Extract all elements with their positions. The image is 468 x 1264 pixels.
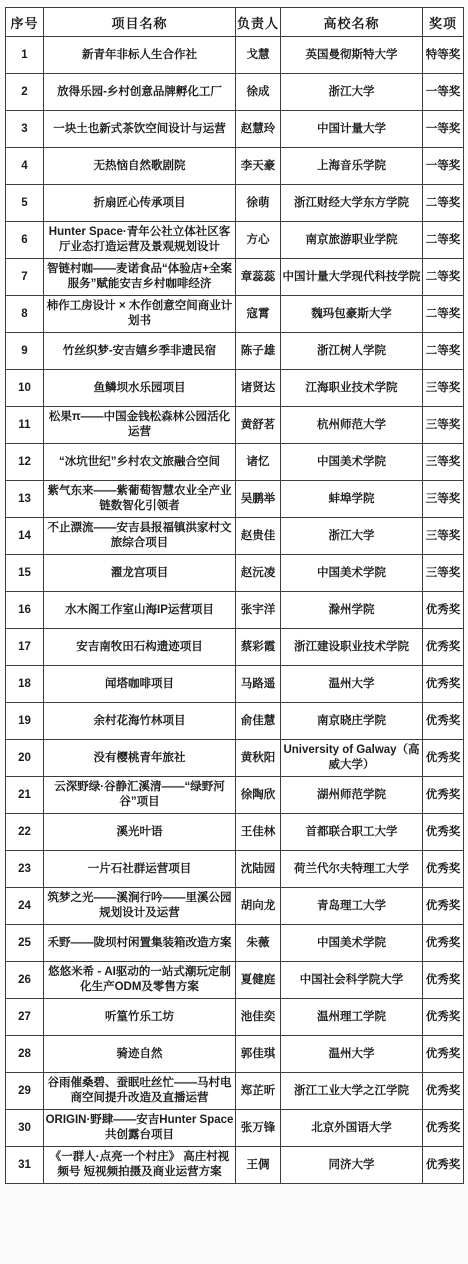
- cell-project: 柿作工房设计 × 木作创意空间商业计划书: [44, 296, 236, 333]
- cell-project: 水木阁工作室山海IP运营项目: [44, 592, 236, 629]
- cell-leader: 俞佳慧: [236, 703, 281, 740]
- table-row: 26悠悠米希 - AI驱动的一站式潮玩定制化生产ODM及零售方案夏健庭中国社会科…: [6, 962, 464, 999]
- cell-leader: 章蕊蕊: [236, 259, 281, 296]
- cell-award: 一等奖: [423, 111, 464, 148]
- table-row: 1新青年非标人生合作社戈慧英国曼彻斯特大学特等奖: [6, 37, 464, 74]
- cell-university: 中国美术学院: [281, 555, 423, 592]
- cell-leader: 黄秋阳: [236, 740, 281, 777]
- cell-no: 30: [6, 1110, 44, 1147]
- cell-project: 放得乐园-乡村创意品牌孵化工厂: [44, 74, 236, 111]
- table-row: 14不止漂流——安吉县报福镇洪家村文旅综合项目赵贵佳浙江大学三等奖: [6, 518, 464, 555]
- cell-project: 竹丝织梦-安吉嬉乡季非遗民宿: [44, 333, 236, 370]
- cell-project: ORIGIN·野肆——安吉Hunter Space共创露台项目: [44, 1110, 236, 1147]
- cell-leader: 王倜: [236, 1147, 281, 1184]
- cell-no: 8: [6, 296, 44, 333]
- cell-leader: 朱薇: [236, 925, 281, 962]
- cell-leader: 张万锋: [236, 1110, 281, 1147]
- cell-no: 1: [6, 37, 44, 74]
- cell-award: 三等奖: [423, 555, 464, 592]
- table-row: 28骑迹自然郭佳琪温州大学优秀奖: [6, 1036, 464, 1073]
- cell-leader: 郭佳琪: [236, 1036, 281, 1073]
- table-row: 6Hunter Space·青年公社立体社区客厅业态打造运营及景观规划设计方心南…: [6, 222, 464, 259]
- header-row: 序号 项目名称 负责人 高校名称 奖项: [6, 8, 464, 37]
- cell-award: 优秀奖: [423, 1110, 464, 1147]
- table-row: 20没有樱桃青年旅社黄秋阳University of Galway（高威大学）优…: [6, 740, 464, 777]
- cell-university: 英国曼彻斯特大学: [281, 37, 423, 74]
- cell-leader: 徐萌: [236, 185, 281, 222]
- cell-award: 优秀奖: [423, 851, 464, 888]
- table-row: 30ORIGIN·野肆——安吉Hunter Space共创露台项目张万锋北京外国…: [6, 1110, 464, 1147]
- cell-award: 优秀奖: [423, 1073, 464, 1110]
- cell-project: 新青年非标人生合作社: [44, 37, 236, 74]
- cell-no: 7: [6, 259, 44, 296]
- cell-university: 中国美术学院: [281, 925, 423, 962]
- cell-leader: 李天豪: [236, 148, 281, 185]
- cell-no: 12: [6, 444, 44, 481]
- cell-project: 不止漂流——安吉县报福镇洪家村文旅综合项目: [44, 518, 236, 555]
- cell-project: 智链村咖——麦诺食品“体验店+全案服务”赋能安吉乡村咖啡经济: [44, 259, 236, 296]
- cell-project: 紫气东来——紫葡萄智慧农业全产业链数智化引领者: [44, 481, 236, 518]
- cell-no: 2: [6, 74, 44, 111]
- table-row: 19余村花海竹林项目俞佳慧南京晓庄学院优秀奖: [6, 703, 464, 740]
- cell-project: 无热恼自然歌剧院: [44, 148, 236, 185]
- cell-university: 中国计量大学现代科技学院: [281, 259, 423, 296]
- cell-project: 濯龙宫项目: [44, 555, 236, 592]
- header-cell-leader: 负责人: [236, 8, 281, 37]
- cell-university: 温州大学: [281, 666, 423, 703]
- cell-leader: 吴鹏举: [236, 481, 281, 518]
- cell-no: 21: [6, 777, 44, 814]
- cell-award: 一等奖: [423, 74, 464, 111]
- table-row: 16水木阁工作室山海IP运营项目张宇洋滁州学院优秀奖: [6, 592, 464, 629]
- cell-university: 中国计量大学: [281, 111, 423, 148]
- cell-leader: 戈慧: [236, 37, 281, 74]
- table-row: 13紫气东来——紫葡萄智慧农业全产业链数智化引领者吴鹏举蚌埠学院三等奖: [6, 481, 464, 518]
- cell-university: 南京晓庄学院: [281, 703, 423, 740]
- cell-award: 优秀奖: [423, 1147, 464, 1184]
- cell-no: 15: [6, 555, 44, 592]
- cell-award: 一等奖: [423, 148, 464, 185]
- cell-no: 3: [6, 111, 44, 148]
- cell-project: “冰坑世纪”乡村农文旅融合空间: [44, 444, 236, 481]
- cell-award: 优秀奖: [423, 888, 464, 925]
- table-row: 12“冰坑世纪”乡村农文旅融合空间诸忆中国美术学院三等奖: [6, 444, 464, 481]
- cell-university: 南京旅游职业学院: [281, 222, 423, 259]
- cell-leader: 赵慧玲: [236, 111, 281, 148]
- cell-university: 蚌埠学院: [281, 481, 423, 518]
- cell-no: 23: [6, 851, 44, 888]
- cell-leader: 徐陶欣: [236, 777, 281, 814]
- table-row: 5折扇匠心传承项目徐萌浙江财经大学东方学院二等奖: [6, 185, 464, 222]
- cell-university: 浙江树人学院: [281, 333, 423, 370]
- cell-project: 安吉南牧田石构遗迹项目: [44, 629, 236, 666]
- cell-no: 26: [6, 962, 44, 999]
- cell-project: 谷雨催桑碧、蚕眠吐丝忙——马村电商空间提升改造及直播运营: [44, 1073, 236, 1110]
- table-row: 31《一群人·点亮一个村庄》 高庄村视频号 短视频拍摄及商业运营方案王倜同济大学…: [6, 1147, 464, 1184]
- table-row: 17安吉南牧田石构遗迹项目蔡彩霞浙江建设职业技术学院优秀奖: [6, 629, 464, 666]
- table-row: 3一块土也新式茶饮空间设计与运营赵慧玲中国计量大学一等奖: [6, 111, 464, 148]
- table-row: 25禾野——陇坝村闲置集装箱改造方案朱薇中国美术学院优秀奖: [6, 925, 464, 962]
- cell-award: 特等奖: [423, 37, 464, 74]
- cell-university: 浙江工业大学之江学院: [281, 1073, 423, 1110]
- cell-project: 一块土也新式茶饮空间设计与运营: [44, 111, 236, 148]
- cell-project: 筑梦之光——溪涧行吟——里溪公园规划设计及运营: [44, 888, 236, 925]
- cell-award: 优秀奖: [423, 925, 464, 962]
- cell-project: 一片石社群运营项目: [44, 851, 236, 888]
- header-cell-award: 奖项: [423, 8, 464, 37]
- cell-leader: 沈陆园: [236, 851, 281, 888]
- cell-project: 听篁竹乐工坊: [44, 999, 236, 1036]
- cell-leader: 黄舒茗: [236, 407, 281, 444]
- cell-leader: 蔡彩霞: [236, 629, 281, 666]
- cell-university: 浙江财经大学东方学院: [281, 185, 423, 222]
- cell-award: 优秀奖: [423, 1036, 464, 1073]
- table-body: 1新青年非标人生合作社戈慧英国曼彻斯特大学特等奖2放得乐园-乡村创意品牌孵化工厂…: [6, 37, 464, 1184]
- awards-table: 序号 项目名称 负责人 高校名称 奖项 1新青年非标人生合作社戈慧英国曼彻斯特大…: [5, 7, 464, 1184]
- cell-project: Hunter Space·青年公社立体社区客厅业态打造运营及景观规划设计: [44, 222, 236, 259]
- cell-project: 《一群人·点亮一个村庄》 高庄村视频号 短视频拍摄及商业运营方案: [44, 1147, 236, 1184]
- cell-leader: 寇霄: [236, 296, 281, 333]
- table-row: 22溪光叶语王佳林首都联合职工大学优秀奖: [6, 814, 464, 851]
- cell-no: 25: [6, 925, 44, 962]
- cell-no: 27: [6, 999, 44, 1036]
- cell-leader: 池佳奕: [236, 999, 281, 1036]
- cell-leader: 赵贵佳: [236, 518, 281, 555]
- cell-university: 中国美术学院: [281, 444, 423, 481]
- table-row: 24筑梦之光——溪涧行吟——里溪公园规划设计及运营胡向龙青岛理工大学优秀奖: [6, 888, 464, 925]
- cell-award: 三等奖: [423, 444, 464, 481]
- cell-award: 优秀奖: [423, 962, 464, 999]
- cell-no: 18: [6, 666, 44, 703]
- cell-no: 31: [6, 1147, 44, 1184]
- cell-award: 二等奖: [423, 222, 464, 259]
- cell-leader: 诸贤达: [236, 370, 281, 407]
- cell-university: 荷兰代尔夫特理工大学: [281, 851, 423, 888]
- cell-university: 北京外国语大学: [281, 1110, 423, 1147]
- cell-university: 滁州学院: [281, 592, 423, 629]
- table-row: 10鱼鳞坝水乐园项目诸贤达江海职业技术学院三等奖: [6, 370, 464, 407]
- cell-award: 三等奖: [423, 518, 464, 555]
- cell-university: 魏玛包豪斯大学: [281, 296, 423, 333]
- cell-project: 余村花海竹林项目: [44, 703, 236, 740]
- cell-university: 浙江大学: [281, 518, 423, 555]
- cell-leader: 方心: [236, 222, 281, 259]
- cell-project: 禾野——陇坝村闲置集装箱改造方案: [44, 925, 236, 962]
- cell-project: 没有樱桃青年旅社: [44, 740, 236, 777]
- cell-university: 青岛理工大学: [281, 888, 423, 925]
- cell-award: 三等奖: [423, 370, 464, 407]
- cell-award: 优秀奖: [423, 703, 464, 740]
- cell-leader: 陈子雄: [236, 333, 281, 370]
- cell-no: 16: [6, 592, 44, 629]
- header-cell-university: 高校名称: [281, 8, 423, 37]
- cell-leader: 王佳林: [236, 814, 281, 851]
- cell-leader: 诸忆: [236, 444, 281, 481]
- cell-no: 13: [6, 481, 44, 518]
- awards-page: 序号 项目名称 负责人 高校名称 奖项 1新青年非标人生合作社戈慧英国曼彻斯特大…: [0, 0, 468, 1264]
- cell-award: 三等奖: [423, 481, 464, 518]
- table-row: 7智链村咖——麦诺食品“体验店+全案服务”赋能安吉乡村咖啡经济章蕊蕊中国计量大学…: [6, 259, 464, 296]
- cell-leader: 郑芷昕: [236, 1073, 281, 1110]
- cell-no: 22: [6, 814, 44, 851]
- table-row: 23一片石社群运营项目沈陆园荷兰代尔夫特理工大学优秀奖: [6, 851, 464, 888]
- cell-project: 鱼鳞坝水乐园项目: [44, 370, 236, 407]
- table-row: 27听篁竹乐工坊池佳奕温州理工学院优秀奖: [6, 999, 464, 1036]
- cell-no: 29: [6, 1073, 44, 1110]
- cell-award: 二等奖: [423, 259, 464, 296]
- header-cell-no: 序号: [6, 8, 44, 37]
- cell-award: 二等奖: [423, 185, 464, 222]
- cell-award: 二等奖: [423, 296, 464, 333]
- cell-award: 优秀奖: [423, 999, 464, 1036]
- cell-award: 优秀奖: [423, 666, 464, 703]
- cell-no: 19: [6, 703, 44, 740]
- cell-project: 溪光叶语: [44, 814, 236, 851]
- cell-no: 20: [6, 740, 44, 777]
- cell-award: 优秀奖: [423, 814, 464, 851]
- cell-award: 优秀奖: [423, 740, 464, 777]
- cell-university: 温州大学: [281, 1036, 423, 1073]
- table-row: 18闻塔咖啡项目马路遥温州大学优秀奖: [6, 666, 464, 703]
- cell-university: 湖州师范学院: [281, 777, 423, 814]
- cell-leader: 胡向龙: [236, 888, 281, 925]
- cell-leader: 徐成: [236, 74, 281, 111]
- cell-award: 二等奖: [423, 333, 464, 370]
- cell-no: 6: [6, 222, 44, 259]
- table-row: 21云深野绿·谷静汇溪清——“绿野河谷”项目徐陶欣湖州师范学院优秀奖: [6, 777, 464, 814]
- cell-university: 浙江建设职业技术学院: [281, 629, 423, 666]
- cell-university: University of Galway（高威大学）: [281, 740, 423, 777]
- cell-no: 11: [6, 407, 44, 444]
- cell-no: 24: [6, 888, 44, 925]
- cell-no: 28: [6, 1036, 44, 1073]
- cell-project: 松果π——中国金钱松森林公园活化运营: [44, 407, 236, 444]
- cell-leader: 张宇洋: [236, 592, 281, 629]
- cell-award: 优秀奖: [423, 629, 464, 666]
- cell-university: 上海音乐学院: [281, 148, 423, 185]
- cell-university: 首都联合职工大学: [281, 814, 423, 851]
- cell-leader: 赵沅凌: [236, 555, 281, 592]
- cell-no: 10: [6, 370, 44, 407]
- table-row: 4无热恼自然歌剧院李天豪上海音乐学院一等奖: [6, 148, 464, 185]
- table-row: 29谷雨催桑碧、蚕眠吐丝忙——马村电商空间提升改造及直播运营郑芷昕浙江工业大学之…: [6, 1073, 464, 1110]
- cell-award: 优秀奖: [423, 777, 464, 814]
- cell-award: 三等奖: [423, 407, 464, 444]
- table-row: 2放得乐园-乡村创意品牌孵化工厂徐成浙江大学一等奖: [6, 74, 464, 111]
- cell-university: 杭州师范大学: [281, 407, 423, 444]
- cell-project: 闻塔咖啡项目: [44, 666, 236, 703]
- cell-no: 17: [6, 629, 44, 666]
- cell-university: 浙江大学: [281, 74, 423, 111]
- table-row: 15濯龙宫项目赵沅凌中国美术学院三等奖: [6, 555, 464, 592]
- cell-no: 4: [6, 148, 44, 185]
- cell-university: 江海职业技术学院: [281, 370, 423, 407]
- cell-no: 14: [6, 518, 44, 555]
- cell-award: 优秀奖: [423, 592, 464, 629]
- cell-university: 温州理工学院: [281, 999, 423, 1036]
- cell-university: 同济大学: [281, 1147, 423, 1184]
- cell-project: 悠悠米希 - AI驱动的一站式潮玩定制化生产ODM及零售方案: [44, 962, 236, 999]
- cell-leader: 夏健庭: [236, 962, 281, 999]
- table-row: 9竹丝织梦-安吉嬉乡季非遗民宿陈子雄浙江树人学院二等奖: [6, 333, 464, 370]
- cell-university: 中国社会科学院大学: [281, 962, 423, 999]
- header-cell-project: 项目名称: [44, 8, 236, 37]
- cell-no: 9: [6, 333, 44, 370]
- cell-project: 骑迹自然: [44, 1036, 236, 1073]
- cell-project: 云深野绿·谷静汇溪清——“绿野河谷”项目: [44, 777, 236, 814]
- table-row: 11松果π——中国金钱松森林公园活化运营黄舒茗杭州师范大学三等奖: [6, 407, 464, 444]
- table-row: 8柿作工房设计 × 木作创意空间商业计划书寇霄魏玛包豪斯大学二等奖: [6, 296, 464, 333]
- cell-no: 5: [6, 185, 44, 222]
- cell-leader: 马路遥: [236, 666, 281, 703]
- cell-project: 折扇匠心传承项目: [44, 185, 236, 222]
